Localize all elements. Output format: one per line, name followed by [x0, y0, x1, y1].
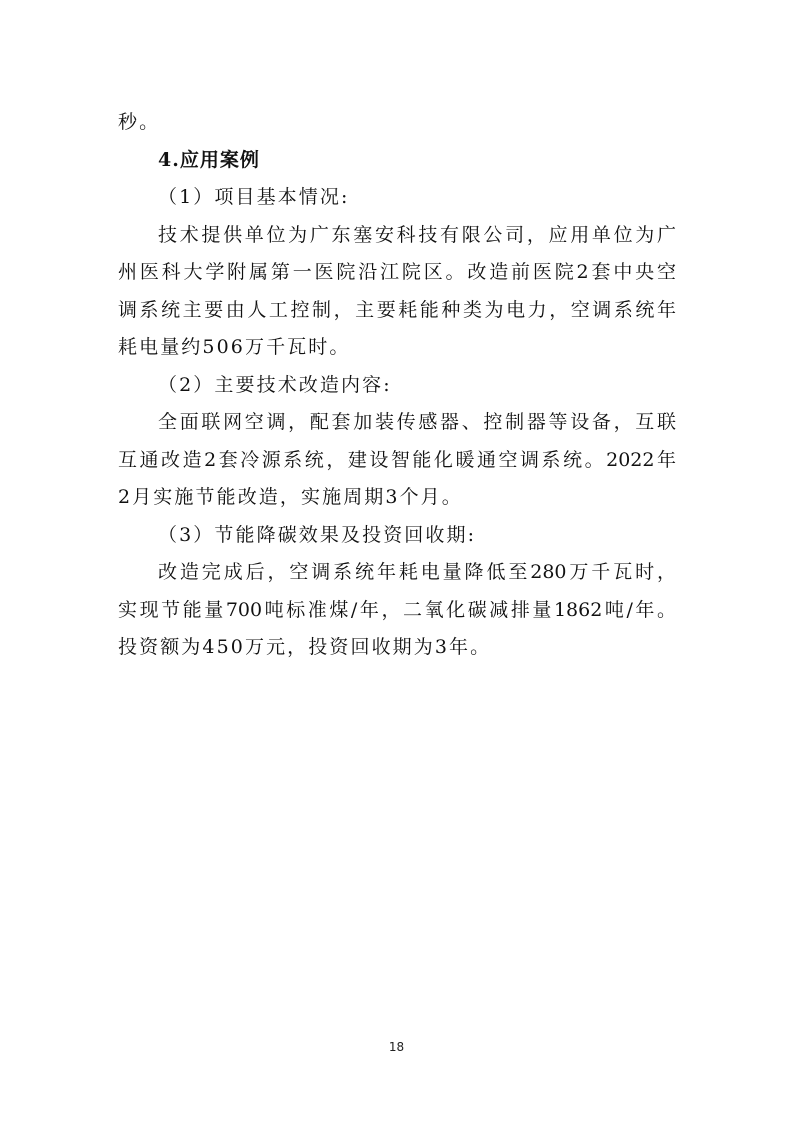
text-line-continuation: 秒。: [118, 104, 676, 142]
paragraph-line: 耗电量约506万千瓦时。: [118, 329, 676, 367]
paragraph-line: 实现节能量700吨标准煤/年，二氧化碳减排量1862吨/年。: [118, 592, 676, 630]
document-page: 秒。 4.应用案例 （1）项目基本情况: 技术提供单位为广东塞安科技有限公司，应…: [0, 0, 793, 1123]
paragraph-line: 互通改造2套冷源系统，建设智能化暖通空调系统。2022年: [118, 442, 676, 480]
paragraph-line: 改造完成后，空调系统年耗电量降低至280万千瓦时，: [118, 554, 676, 592]
subsection-heading-basic-info: （1）项目基本情况:: [118, 179, 676, 217]
subsection-heading-effects: （3）节能降碳效果及投资回收期:: [118, 517, 676, 555]
paragraph-line: 全面联网空调，配套加装传感器、控制器等设备，互联: [118, 404, 676, 442]
page-number: 18: [0, 1040, 793, 1054]
paragraph-line: 调系统主要由人工控制，主要耗能种类为电力，空调系统年: [118, 292, 676, 330]
paragraph-line: 2月实施节能改造，实施周期3个月。: [118, 479, 676, 517]
paragraph-line: 技术提供单位为广东塞安科技有限公司，应用单位为广: [118, 217, 676, 255]
subsection-heading-tech-content: （2）主要技术改造内容:: [118, 367, 676, 405]
section-heading: 4.应用案例: [118, 142, 676, 180]
paragraph-line: 州医科大学附属第一医院沿江院区。改造前医院2套中央空: [118, 254, 676, 292]
paragraph-line: 投资额为450万元，投资回收期为3年。: [118, 629, 676, 667]
page-body: 秒。 4.应用案例 （1）项目基本情况: 技术提供单位为广东塞安科技有限公司，应…: [118, 104, 676, 667]
